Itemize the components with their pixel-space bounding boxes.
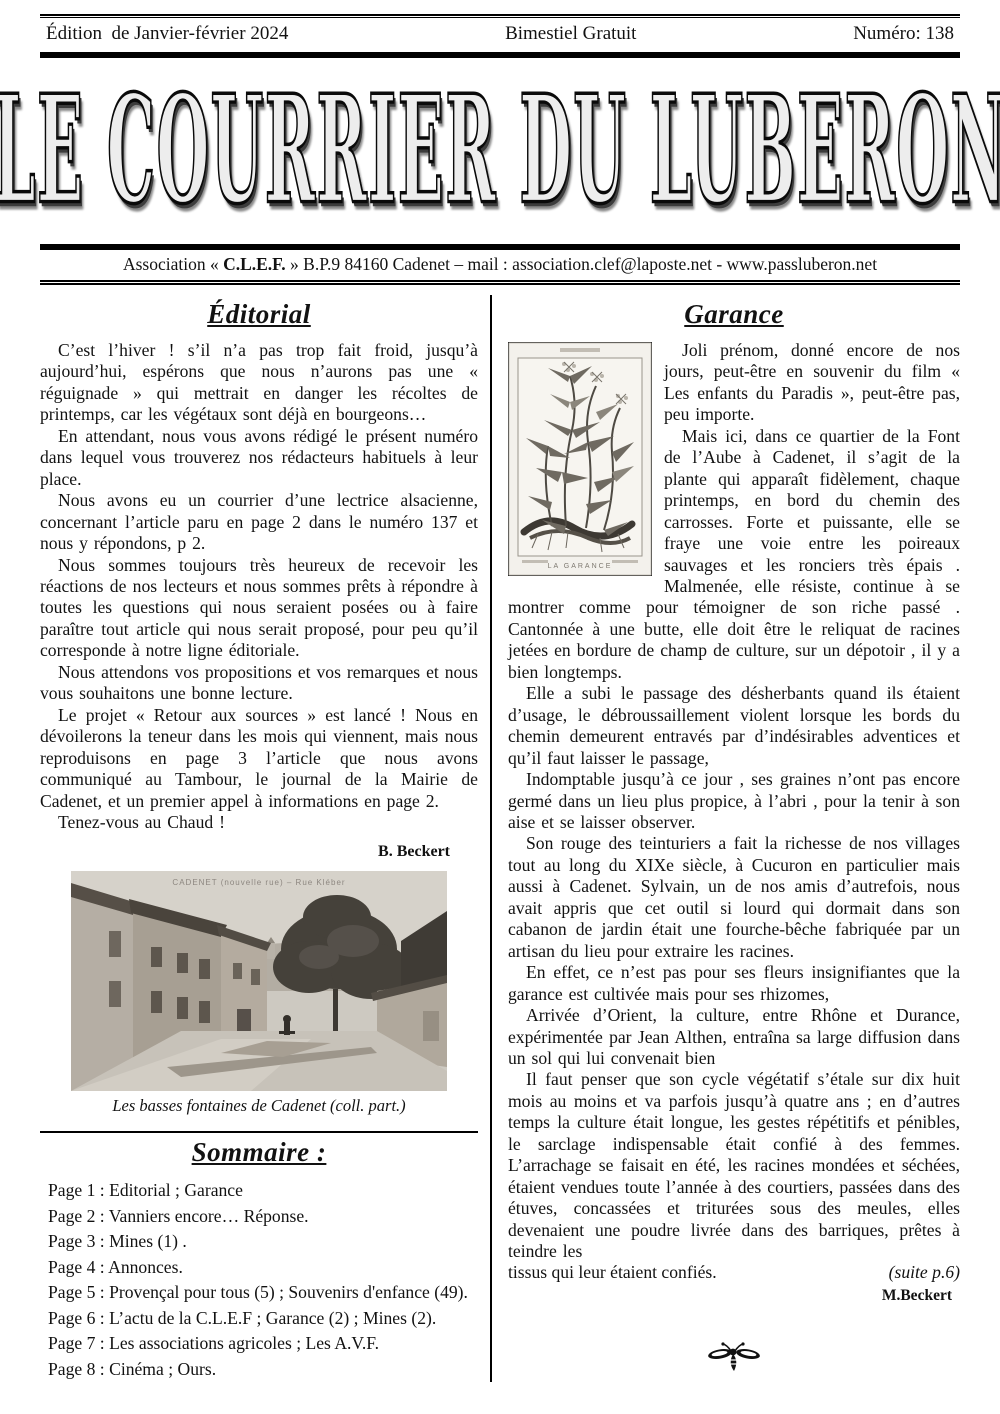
content-columns: Éditorial C’est l’hiver ! s’il n’a pas t… [40, 295, 960, 1382]
editorial-paragraph: Tenez-vous au Chaud ! [40, 812, 478, 833]
editorial-paragraph: En attendant, nous vous avons rédigé le … [40, 426, 478, 490]
garance-paragraph: Il faut penser que son cycle végétatif s… [508, 1069, 960, 1262]
right-column: Garance [490, 295, 960, 1382]
photo-caption: Les basses fontaines de Cadenet (coll. p… [40, 1096, 478, 1116]
garance-paragraph: En effet, ce n’est pas pour ses fleurs i… [508, 962, 960, 1005]
bee-fleuron-icon [707, 1339, 761, 1375]
sommaire-item: Page 3 : Mines (1) . [48, 1229, 478, 1255]
association-name: C.L.E.F. [223, 254, 286, 274]
sommaire-item: Page 8 : Cinéma ; Ours. [48, 1357, 478, 1383]
association-rule-bottom [40, 280, 960, 285]
editorial-title: Éditorial [40, 299, 478, 330]
end-ornament [508, 1339, 960, 1380]
edition-label: Édition de Janvier-février 2024 [46, 23, 288, 45]
editorial-paragraph: Nous attendons vos propositions et vos r… [40, 662, 478, 705]
sommaire-item: Page 2 : Vanniers encore… Réponse. [48, 1204, 478, 1230]
garance-illustration: LA GARANCE [508, 342, 652, 576]
garance-paragraph: Arrivée d’Orient, la culture, entre Rhôn… [508, 1005, 960, 1069]
illustration-caption-text: LA GARANCE [548, 563, 613, 570]
sommaire-list: Page 1 : Editorial ; Garance Page 2 : Va… [40, 1178, 478, 1382]
frequency-label: Bimestiel Gratuit [505, 23, 636, 45]
newspaper-title: LE COURRIER DU LUBERON [0, 77, 1000, 226]
sommaire-title: Sommaire : [40, 1137, 478, 1168]
garance-closing-line: tissus qui leur étaient confiés. [508, 1262, 717, 1283]
madder-plant-engraving-image: LA GARANCE [508, 342, 652, 576]
issue-number: Numéro: 138 [853, 23, 954, 45]
garance-signature: M.Beckert [508, 1287, 952, 1305]
newspaper-page: Édition de Janvier-février 2024 Bimestie… [0, 0, 1000, 1414]
garance-paragraph: Son rouge des teinturiers a fait la rich… [508, 833, 960, 962]
editorial-paragraph: Nous sommes toujours très heureux de rec… [40, 555, 478, 662]
sommaire-divider [40, 1131, 478, 1133]
editorial-paragraph: C’est l’hiver ! s’il n’a pas trop fait f… [40, 340, 478, 426]
sommaire-item: Page 5 : Provençal pour tous (5) ; Souve… [48, 1280, 478, 1306]
street-photo: CADENET (nouvelle rue) – Rue Kléber [71, 871, 447, 1091]
sommaire-item: Page 7 : Les associations agricoles ; Le… [48, 1331, 478, 1357]
editorial-signature: B. Beckert [40, 843, 450, 861]
garance-paragraph: Elle a subi le passage des désherbants q… [508, 683, 960, 769]
editorial-paragraph: Le projet « Retour aux sources » est lan… [40, 705, 478, 812]
association-line: Association « C.L.E.F. » B.P.9 84160 Cad… [40, 250, 960, 280]
masthead: LE COURRIER DU LUBERON [40, 58, 960, 244]
garance-paragraph: Indomptable jusqu’à ce jour , ses graine… [508, 769, 960, 833]
garance-closing-row: tissus qui leur étaient confiés. (suite … [508, 1262, 960, 1283]
association-suffix: » B.P.9 84160 Cadenet – mail : associati… [286, 254, 877, 274]
association-prefix: Association « [123, 254, 223, 274]
sommaire-item: Page 1 : Editorial ; Garance [48, 1178, 478, 1204]
continued-on-label: (suite p.6) [889, 1262, 960, 1283]
sommaire-item: Page 6 : L’actu de la C.L.E.F ; Garance … [48, 1306, 478, 1332]
garance-title: Garance [508, 299, 960, 330]
sommaire-item: Page 4 : Annonces. [48, 1255, 478, 1281]
postcard-title-text: CADENET (nouvelle rue) – Rue Kléber [172, 878, 345, 887]
issue-bar: Édition de Janvier-février 2024 Bimestie… [40, 18, 960, 52]
editorial-paragraph: Nous avons eu un courrier d’une lectrice… [40, 490, 478, 554]
postcard-street-scene-image: CADENET (nouvelle rue) – Rue Kléber [71, 871, 447, 1091]
left-column: Éditorial C’est l’hiver ! s’il n’a pas t… [40, 295, 490, 1382]
